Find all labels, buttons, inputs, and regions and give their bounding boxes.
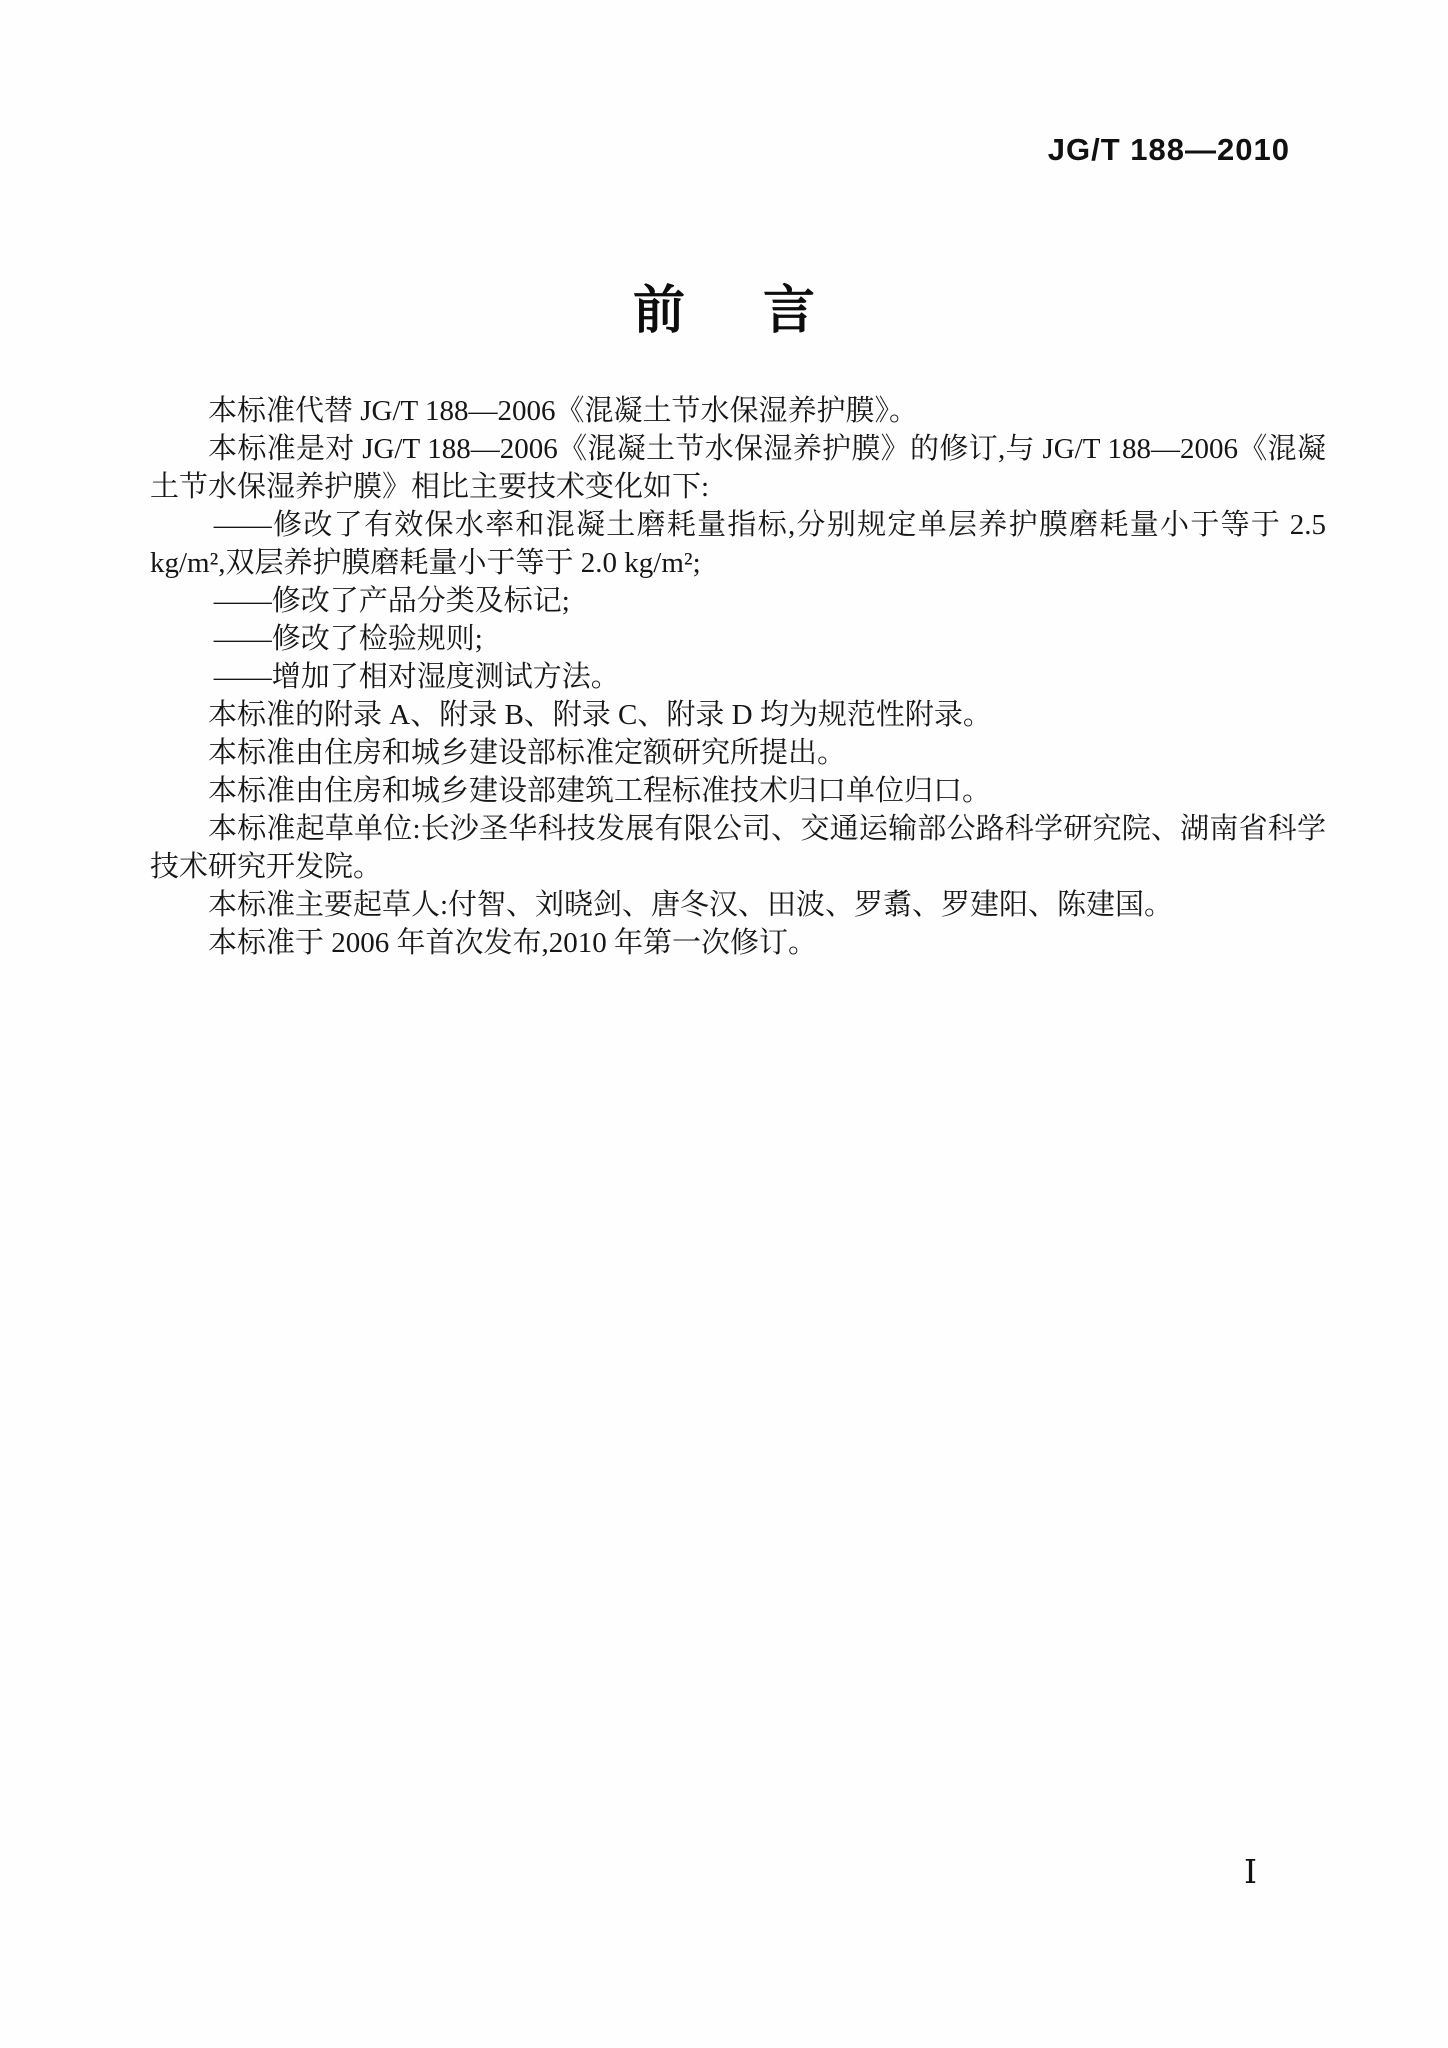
foreword-paragraph: ——修改了检验规则; [150,620,1326,658]
standard-code-header: JG/T 188—2010 [1048,132,1290,168]
foreword-paragraph: 本标准由住房和城乡建设部建筑工程标准技术归口单位归口。 [150,772,1326,810]
title-char-yan: 言 [763,283,815,340]
document-page: JG/T 188—2010 前言 本标准代替 JG/T 188—2006《混凝土… [0,0,1448,2048]
foreword-body: 本标准代替 JG/T 188—2006《混凝土节水保湿养护膜》。本标准是对 JG… [150,392,1326,962]
page-title: 前言 [0,281,1448,343]
foreword-paragraph: 本标准代替 JG/T 188—2006《混凝土节水保湿养护膜》。 [150,392,1326,430]
foreword-paragraph: ——修改了有效保水率和混凝土磨耗量指标,分别规定单层养护膜磨耗量小于等于 2.5… [150,506,1326,582]
title-char-qian: 前 [633,283,685,340]
foreword-paragraph: 本标准是对 JG/T 188—2006《混凝土节水保湿养护膜》的修订,与 JG/… [150,430,1326,506]
foreword-paragraph: 本标准起草单位:长沙圣华科技发展有限公司、交通运输部公路科学研究院、湖南省科学技… [150,810,1326,886]
foreword-paragraph: 本标准于 2006 年首次发布,2010 年第一次修订。 [150,924,1326,962]
foreword-paragraph: 本标准的附录 A、附录 B、附录 C、附录 D 均为规范性附录。 [150,696,1326,734]
foreword-paragraph: ——修改了产品分类及标记; [150,582,1326,620]
page-number: Ⅰ [1244,1852,1257,1892]
foreword-paragraph: ——增加了相对湿度测试方法。 [150,658,1326,696]
foreword-paragraph: 本标准主要起草人:付智、刘晓剑、唐冬汉、田波、罗翥、罗建阳、陈建国。 [150,886,1326,924]
foreword-paragraph: 本标准由住房和城乡建设部标准定额研究所提出。 [150,734,1326,772]
